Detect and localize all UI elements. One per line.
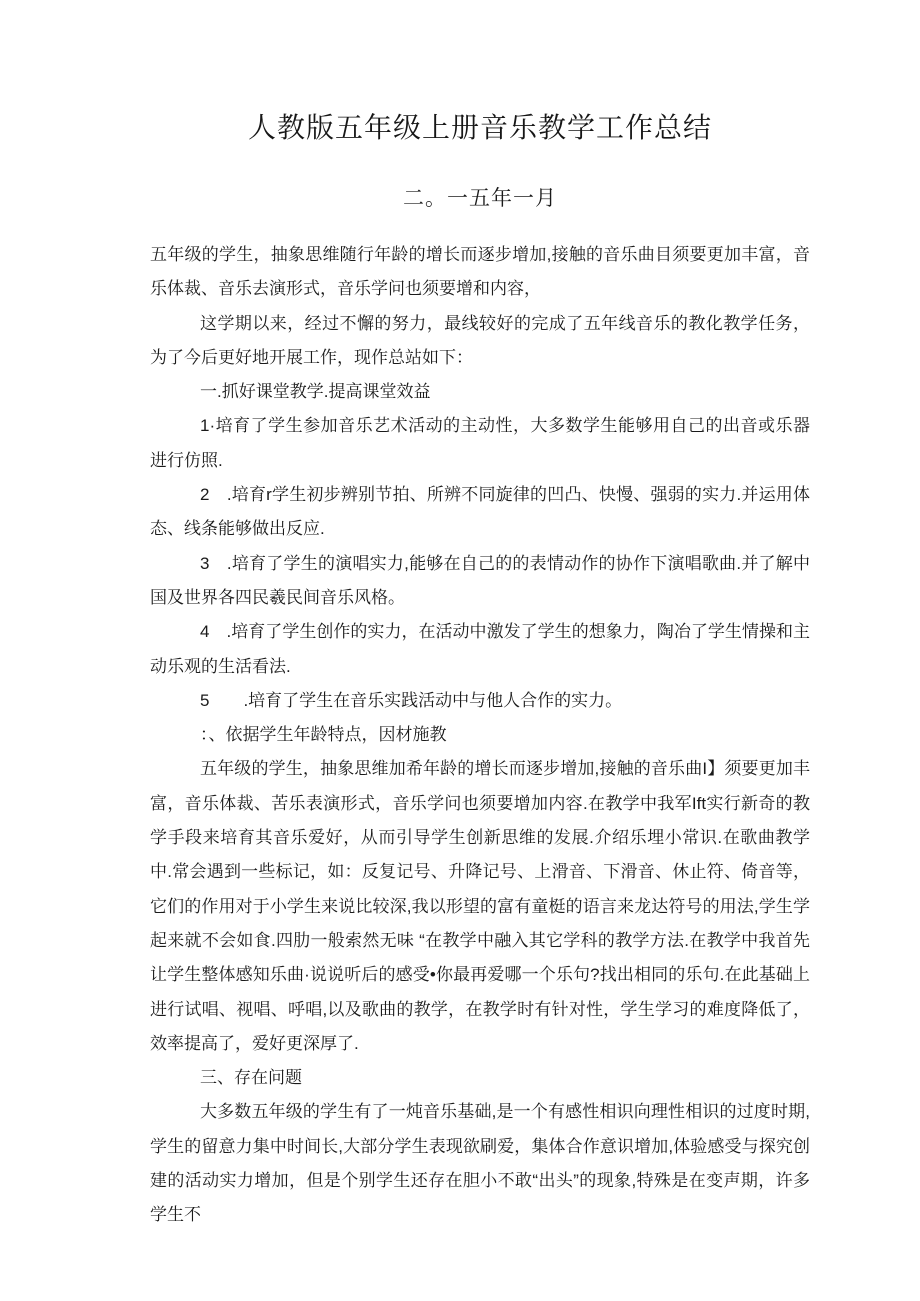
document-content: 人教版五年级上册音乐教学工作总结 二。一五年一月 五年级的学生，抽象思维随行年龄… (150, 0, 810, 1233)
paragraph: 这学期以来，经过不懈的努力，最线较好的完成了五年线音乐的教化教学任务，为了今后更… (150, 307, 810, 376)
paragraph: 一.抓好课堂教学.提高课堂效益 (150, 375, 810, 409)
paragraph: 1·培育了学生参加音乐艺术活动的主动性，大多数学生能够用自己的出音或乐器进行仿照… (150, 409, 810, 478)
document-date-line: 二。一五年一月 (150, 146, 810, 212)
document-page: 人教版五年级上册音乐教学工作总结 二。一五年一月 五年级的学生，抽象思维随行年龄… (0, 0, 920, 1301)
paragraph: 三、存在问题 (150, 1061, 810, 1095)
paragraph: 3 .培育了学生的演唱实力,能够在自己的的表情动作的协作下演唱歌曲.并了解中国及… (150, 547, 810, 616)
paragraph: 5 .培育了学生在音乐实践活动中与他人合作的实力。 (150, 684, 810, 718)
paragraph: 大多数五年级的学生有了一炖音乐基础,是一个有感性相识向理性相识的过度时期,学生的… (150, 1095, 810, 1232)
document-body: 五年级的学生，抽象思维随行年龄的增长而逐步增加,接触的音乐曲目须要更加丰富，音乐… (150, 212, 810, 1233)
paragraph: 2 .培育r学生初步辨别节拍、所辨不同旋律的凹凸、快慢、强弱的实力.并运用体态、… (150, 478, 810, 547)
paragraph: 4 .培育了学生创作的实力，在活动中激发了学生的想象力，陶冶了学生情操和主动乐观… (150, 615, 810, 684)
paragraph: ：、依据学生年龄特点，因材施教 (150, 718, 810, 752)
paragraph: 五年级的学生，抽象思维随行年龄的增长而逐步增加,接触的音乐曲目须要更加丰富，音乐… (150, 238, 810, 307)
document-title: 人教版五年级上册音乐教学工作总结 (150, 0, 810, 146)
paragraph: 五年级的学生，抽象思维加希年龄的增长而逐步增加,接触的音乐曲I】须要更加丰富，音… (150, 752, 810, 1061)
